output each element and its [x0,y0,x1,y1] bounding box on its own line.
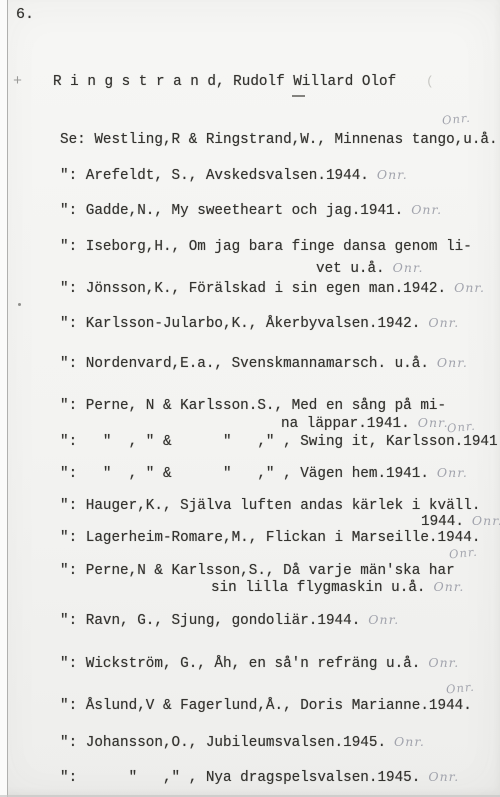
stray-dot [18,303,21,306]
entry-text: ": Karlsson-Jularbo,K., Åkerbyvalsen.194… [60,316,420,332]
pencil-annotation: Onr. [394,734,425,749]
pencil-annotation: Onr. [428,655,459,670]
paren-mark: ( [426,74,434,89]
pencil-annotation: Onr. [437,355,468,370]
pencil-annotation: Onr. [441,111,471,128]
catalog-card: 6. + R i n g s t r a n d, Rudolf Willard… [0,0,500,797]
entry-text: vet u.å. [316,261,385,277]
pencil-annotation: Onr. [393,260,424,275]
entry-text: ": Iseborg,H., Om jag bara finge dansa g… [60,239,472,255]
pencil-annotation: Onr. [437,465,468,480]
catalog-entry-line: ": " , " & " ," , Swing it, Karlsson.194… [60,434,498,450]
pencil-annotation: Onr. [428,315,459,330]
scan-left-edge [0,0,8,797]
catalog-entry-line: vet u.å.Onr. [316,261,424,277]
catalog-entry-line: ": Perne, N & Karlsson.S., Med en sång p… [60,398,446,414]
catalog-entry-line: ": Nordenvard,E.a., Svenskmannamarsch. u… [60,356,468,372]
page-number: 6. [16,6,34,23]
catalog-entry-line: sin lilla flygmaskin u.å.Onr. [211,580,464,596]
pencil-annotation: Onr. [454,280,485,295]
catalog-entry-line: Se: Westling,R & Ringstrand,W., Minnenas… [60,132,498,148]
catalog-entry-line: 1944.Onr. [421,514,500,530]
pencil-annotation: Onr. [448,545,478,562]
entry-text: ": Johansson,O., Jubileumsvalsen.1945. [60,735,386,751]
catalog-entry-line: ": Ravn, G., Sjung, gondoliär.1944.Onr. [60,613,399,629]
pencil-annotation: Onr. [434,579,465,594]
catalog-entry-line: ": Karlsson-Jularbo,K., Åkerbyvalsen.194… [60,316,459,332]
catalog-entry-line: ": Gadde,N., My sweetheart och jag.1941.… [60,203,442,219]
entry-text: ": Wickström, G., Åh, en så'n refräng u.… [60,656,420,672]
entry-text: ": Hauger,K., Själva luften andas kärlek… [60,498,480,514]
pencil-annotation: Onr. [472,513,500,528]
pencil-annotation: Onr. [446,419,476,436]
pencil-annotation: Onr. [368,612,399,627]
catalog-entry-line: ": " , " & " ," , Vägen hem.1941.Onr. [60,466,468,482]
entry-text: ": Jönsson,K., Förälskad i sin egen man.… [60,281,446,297]
entry-text: ": Lagerheim-Romare,M., Flickan i Marsei… [60,530,480,546]
entry-text: ": Åslund,V & Fagerlund,Å., Doris Marian… [60,698,472,714]
entry-text: na läppar.1941. [281,416,410,432]
catalog-entry-line: ": Jönsson,K., Förälskad i sin egen man.… [60,281,485,297]
entry-text: ": Ravn, G., Sjung, gondoliär.1944. [60,613,360,629]
entry-text: ": Nordenvard,E.a., Svenskmannamarsch. u… [60,356,429,372]
catalog-entry-line: na läppar.1941.Onr. [281,416,449,432]
entry-text: 1944. [421,514,464,530]
entry-text: ": Perne, N & Karlsson.S., Med en sång p… [60,398,446,414]
catalog-entry-line: ": Wickström, G., Åh, en så'n refräng u.… [60,656,459,672]
catalog-entry-line: ": " ," , Nya dragspelsvalsen.1945.Onr. [60,770,459,786]
pencil-annotation: Onr. [418,415,449,430]
underline-mark [292,95,305,97]
catalog-entry-line: ": Lagerheim-Romare,M., Flickan i Marsei… [60,530,480,546]
catalog-entry-line: ": Arefeldt, S., Avskedsvalsen.1944.Onr. [60,168,408,184]
entry-text: sin lilla flygmaskin u.å. [211,580,426,596]
pencil-annotation: Onr. [445,680,475,697]
entry-text: Se: Westling,R & Ringstrand,W., Minnenas… [60,132,498,148]
entry-text: ": " ," , Nya dragspelsvalsen.1945. [60,770,420,786]
catalog-entry-line: ": Åslund,V & Fagerlund,Å., Doris Marian… [60,698,472,714]
entry-text: ": Perne,N & Karlsson,S., Då varje män's… [60,563,455,579]
pencil-annotation: Onr. [428,769,459,784]
plus-mark: + [13,73,22,90]
entry-text: ": Arefeldt, S., Avskedsvalsen.1944. [60,168,369,184]
catalog-entry-line: ": Hauger,K., Själva luften andas kärlek… [60,498,480,514]
catalog-entry-line: ": Johansson,O., Jubileumsvalsen.1945.On… [60,735,425,751]
entry-text: ": " , " & " ," , Vägen hem.1941. [60,466,429,482]
pencil-annotation: Onr. [377,167,408,182]
catalog-entry-line: ": Perne,N & Karlsson,S., Då varje män's… [60,563,455,579]
card-heading: R i n g s t r a n d, Rudolf Willard Olof [53,74,396,90]
catalog-entry-line: ": Iseborg,H., Om jag bara finge dansa g… [60,239,472,255]
entry-text: ": Gadde,N., My sweetheart och jag.1941. [60,203,403,219]
entry-text: ": " , " & " ," , Swing it, Karlsson.194… [60,434,498,450]
pencil-annotation: Onr. [411,202,442,217]
